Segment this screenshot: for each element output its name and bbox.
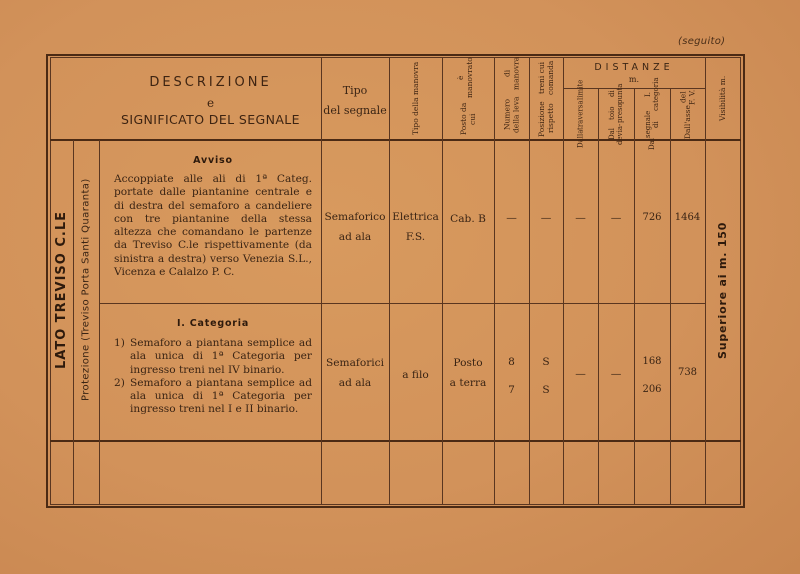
header-numero-line2: di manovra [503,57,521,90]
header-numero-leva: Numero della leva di manovra [494,57,529,139]
header-description-title: DESCRIZIONE [100,75,321,90]
header-sub-line: Dal devia- [608,123,624,144]
header-sub-line: di punta [608,83,624,103]
header-sub-line: Dalla [577,130,585,148]
cell-tipo-segnale: Semaforici ad ala [321,353,389,393]
cell-posto-manovra: Cab. B [442,209,494,229]
col-rule [634,88,635,505]
header-distanze-title: DISTANZE [563,62,705,73]
header-tipo-segnale: Tipo del segnale [321,81,389,121]
cell-line: 7 [494,376,529,404]
cell-line: a terra [442,373,494,393]
cell-dal-deviatoio: — [598,364,634,384]
header-dall-asse: Dall'asse del F. V. [670,89,705,139]
header-dal-segnale: Dal segnale di I. categoria [634,89,670,139]
header-sub-line: toio preso [608,104,624,124]
header-visibilita: Visibilità m. [705,57,740,139]
cell-tipo-segnale: Semaforico ad ala [321,207,389,247]
col-rule [99,140,100,505]
list-item-text: Semaforo a piantana semplice ad ala unic… [130,337,312,376]
cell-line: 8 [494,348,529,376]
header-tipo-manovra-text: Tipo della manovra [411,61,420,134]
cell-posto-manovra: Posto a terra [442,353,494,393]
header-sub-line: segnale di [644,111,660,138]
cell-dalla-traversa: — [563,208,598,228]
header-sub-line: Dal [648,138,656,150]
cell-line: F.S. [389,227,442,247]
header-bottom-rule [50,139,741,141]
header-sub-line: del F. V. [679,89,697,105]
cell-dal-segnale: 726 [634,208,670,228]
header-sub-line: traversa [577,100,585,130]
header-dalla-traversa: Dalla traversa limite [563,89,598,139]
description-list: 1) Semaforo a piantana semplice ad ala u… [114,337,312,417]
header-description-conjunction: e [100,96,321,110]
header-posto-manovra: Posto da cui è manovrato [442,57,494,139]
row-divider-2 [50,440,741,442]
cell-line: 206 [634,376,670,404]
cell-dal-segnale: 168 206 [634,348,670,404]
header-description-subtitle: SIGNIFICATO DEL SEGNALE [100,112,321,127]
cell-posizione: S S [529,348,563,404]
section-title: I. Categoria [114,318,312,329]
header-sub-line: limite [577,80,585,100]
header-posto-line2: è manovrato [456,57,474,99]
cell-numero-leva: 8 7 [494,348,529,404]
header-posto-line1: Posto da cui [459,99,477,139]
cell-dalla-traversa: — [563,364,598,384]
cell-dal-deviatoio: — [598,208,634,228]
header-posizione: Posizione rispetto treni cui comanda [529,57,563,139]
header-sub-line: Dall'asse [683,105,692,139]
section-title: Avviso [114,155,312,166]
col-rule [670,88,671,505]
continuation-label: (seguito) [678,36,725,47]
list-item: 2) Semaforo a piantana semplice ad ala u… [114,377,312,417]
visibilita-value: Superiore ai m. 150 [705,140,740,440]
cell-numero-leva: — [494,208,529,228]
list-item-number: 1) [114,337,125,350]
header-posizione-line1: Posizione rispetto [537,98,555,139]
cell-line: Semaforici [321,353,389,373]
cell-line: S [529,376,563,404]
list-item: 1) Semaforo a piantana semplice ad ala u… [114,337,312,377]
header-visibilita-text: Visibilità m. [718,75,727,120]
table-row-avviso-description: Avviso Accoppiate alle ali di 1ª Categ. … [114,155,312,279]
cell-tipo-manovra: Elettrica F.S. [389,207,442,247]
cell-line: 168 [634,348,670,376]
side-label-protezione: Protezione (Treviso Porta Santi Quaranta… [73,140,99,440]
cell-tipo-manovra: a filo [389,365,442,385]
col-rule [321,57,322,505]
header-tipo-manovra: Tipo della manovra [389,57,442,139]
header-tipo-segnale-line1: Tipo [321,81,389,101]
list-item-number: 2) [114,377,125,390]
header-tipo-segnale-line2: del segnale [321,101,389,121]
cell-dall-asse: 738 [670,363,705,383]
cell-line: S [529,348,563,376]
cell-line: Semaforico [321,207,389,227]
row-divider-1 [99,303,705,304]
cell-dall-asse: 1464 [670,208,705,228]
cell-line: Elettrica [389,207,442,227]
header-numero-line1: Numero della leva [503,90,521,139]
table-row-categoria-description: I. Categoria 1) Semaforo a piantana semp… [114,318,312,417]
header-dal-deviatoio: Dal devia- toio preso di punta [598,89,634,139]
cell-line: ad ala [321,227,389,247]
col-rule [598,88,599,505]
header-posizione-line2: treni cui comanda [537,57,555,98]
header-sub-line: I. categoria [644,78,660,112]
cell-line: ad ala [321,373,389,393]
cell-posizione: — [529,208,563,228]
description-text: Accoppiate alle ali di 1ª Categ. portate… [114,173,312,279]
cell-line: Posto [442,353,494,373]
list-item-text: Semaforo a piantana semplice ad ala unic… [130,377,312,416]
side-label-lato: LATO TREVISO C.LE [50,140,73,440]
